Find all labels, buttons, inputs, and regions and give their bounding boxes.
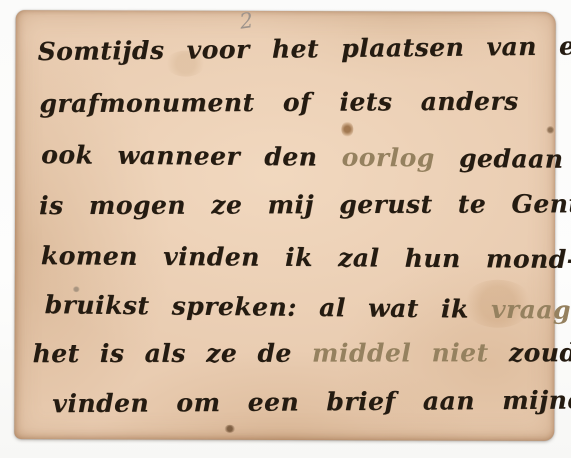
handwriting-line: bruikst spreken: al wat ik vraag [45,290,571,325]
handwriting-line: komen vinden ik zal hun mond- [41,241,571,274]
handwriting-line: Somtijds voor het plaatsen van een [37,31,571,66]
ink-segment: middel niet [312,338,489,367]
ink-segment: bruikst spreken: al wat ik [45,290,492,324]
handwriting-line: vinden om een brief aan mijne [52,385,571,418]
postcard: 2 Somtijds voor het plaatsen van een gra… [14,10,555,441]
ink-segment: Somtijds voor het plaatsen van een [37,31,571,66]
ink-segment: het is als ze de [33,339,313,368]
handwriting-line: is mogen ze mij gerust te Gent [39,189,571,220]
ink-segment: zouden [489,338,571,367]
ink-segment: oorlog [342,143,435,173]
handwriting-line: grafmonument of iets anders [39,87,518,119]
ink-segment: vraag [491,295,571,325]
handwriting-line: ook wanneer den oorlog gedaan [41,140,563,174]
handwriting-line: het is als ze de middel niet zouden [33,338,571,368]
card-edge-vignette [14,10,555,441]
scan-background: 2 Somtijds voor het plaatsen van een gra… [0,0,571,458]
stain [341,121,353,137]
ink-segment: ook wanneer den [41,140,342,172]
stain [546,126,554,134]
ink-segment: is mogen ze mij gerust te Gent [39,189,571,220]
ink-segment: vinden om een brief aan mijne [52,385,571,418]
ink-segment: grafmonument of iets anders [39,87,518,119]
pencil-page-number: 2 [238,8,255,34]
ink-segment: gedaan [435,144,564,174]
stain [224,425,235,433]
ink-segment: komen vinden ik zal hun mond- [41,241,571,274]
